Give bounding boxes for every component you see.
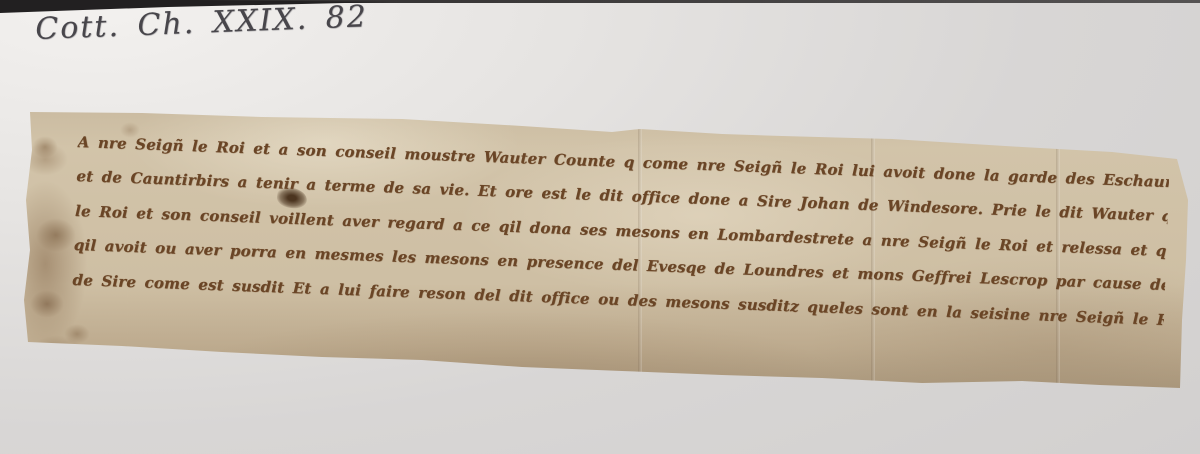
- charter-photograph: Cott. Ch. XXIX. 82 A nre Seigñ le Roi et…: [0, 0, 1200, 454]
- parchment-stain: [64, 324, 90, 344]
- parchment-fold-crease: [638, 108, 642, 392]
- parchment-stain: [30, 290, 64, 318]
- manuscript-text-block: A nre Seigñ le Roi et a son conseil mous…: [78, 132, 1169, 172]
- parchment-stain: [32, 136, 58, 158]
- parchment-stain: [36, 218, 76, 252]
- parchment-charter: A nre Seigñ le Roi et a son conseil mous…: [22, 108, 1190, 392]
